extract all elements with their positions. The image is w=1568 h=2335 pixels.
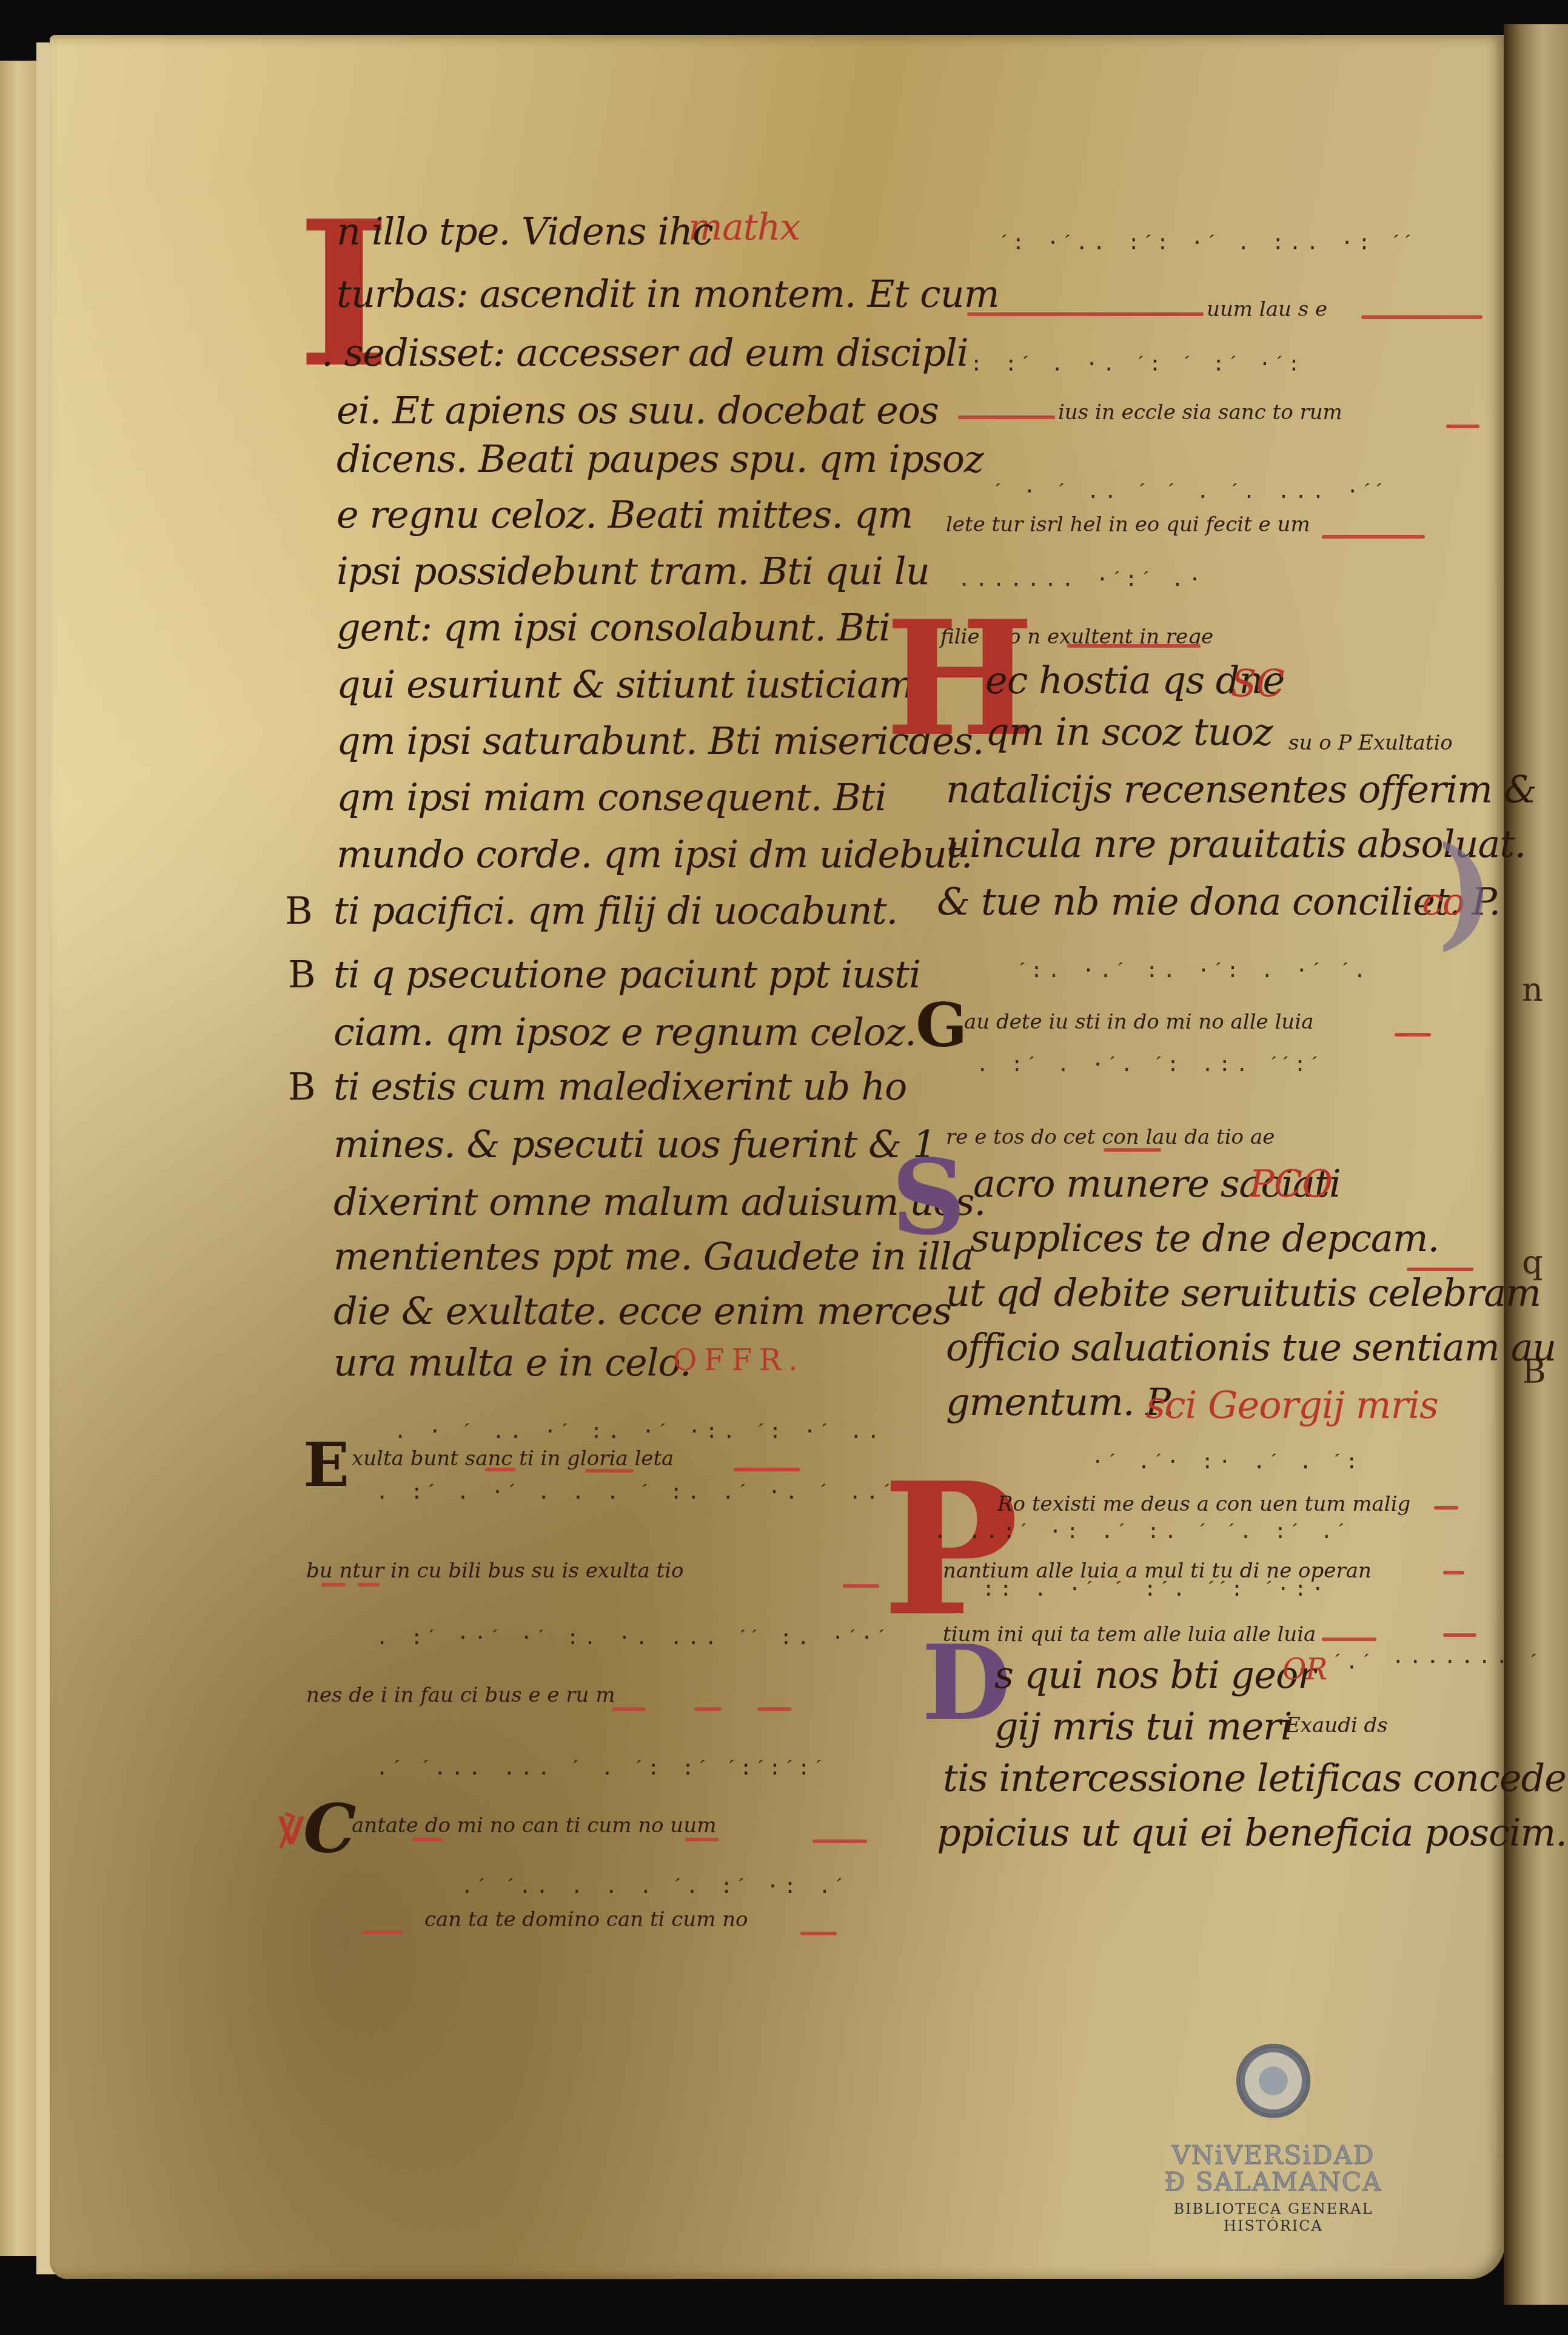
chant-lyric: su o P Exultatio	[1288, 731, 1453, 755]
neumes: ˊ:. ·.ˊ :. ·ˊ: . ·ˊ ˊ.	[1019, 958, 1371, 983]
neumes: ·ˊ .ˊ· :· .ˊ . ˊ:	[1091, 1450, 1362, 1474]
text-line: tis intercessione letificas concede	[943, 1756, 1566, 1800]
neumes: . :ˊ . ·ˊ. ˊ: .:. ˊˊ:ˊ	[976, 1052, 1322, 1077]
neumes: ˊ: ·ˊ.. :ˊ: ·ˊ . :.. ·: ˊˊ	[1000, 230, 1416, 255]
rubric-sc: SC	[1231, 661, 1284, 705]
initial-P: P	[882, 1459, 1019, 1641]
text-line: gmentum. P.	[946, 1380, 1174, 1424]
rubric-pco: PCO	[1249, 1161, 1332, 1206]
red-line	[958, 415, 1055, 419]
chant-lyric: uum lau s e	[1207, 297, 1327, 321]
chant-lyric: lete tur isrl hel in eo qui fecit e um	[946, 512, 1310, 537]
facing-letter: n	[1522, 970, 1543, 1009]
chant-lyric: au dete iu sti in do mi no alle luia	[964, 1010, 1313, 1034]
red-line	[1322, 1638, 1376, 1641]
chant-lyric: re e tos do cet con lau da tio ae	[946, 1125, 1275, 1149]
text-line: gij mris tui meri	[994, 1704, 1292, 1749]
rubric-or: OR	[1282, 1653, 1327, 1687]
neumes: :: . ·ˊ ˊ :ˊ. ˊˊ: ˊ·:·	[982, 1577, 1328, 1601]
library-watermark: VNiVERSiDAD Đ SALAMANCA BIBLIOTECA GENER…	[1125, 2044, 1422, 2234]
watermark-line-3: BIBLIOTECA GENERAL HISTÓRICA	[1125, 2200, 1422, 2234]
university-seal-icon	[1236, 2044, 1310, 2118]
red-line	[1443, 1633, 1476, 1637]
text-line: ppicius ut qui ei beneficia poscim.	[937, 1810, 1567, 1855]
red-line	[1067, 644, 1201, 648]
neumes: ˊ · ˊ .. ˊ ˊ . ˊ. ... ·ˊˊ	[994, 479, 1387, 503]
neumes: : :ˊ . ·. ˊ: ˊ :ˊ ·ˊ:	[970, 352, 1305, 376]
neumes: . ..:ˊ ·: .ˊ :. ˊ ˊ. :ˊ .ˊ	[934, 1519, 1349, 1544]
text-line: & tue nb mie dona conciliet. P.	[937, 879, 1500, 924]
text-line: supplices te dne depcam.	[970, 1216, 1439, 1260]
facing-page-gutter: n q B	[1504, 24, 1568, 2305]
text-line: officio saluationis tue sentiam au	[946, 1325, 1556, 1369]
initial-G: G	[916, 995, 967, 1055]
red-line	[1395, 1033, 1431, 1036]
neumes: ˊ.ˊ ······· ˊ	[1334, 1650, 1542, 1674]
chant-lyric: Exaudi ds	[1285, 1713, 1388, 1738]
red-line	[1322, 535, 1425, 539]
initial-S: S	[891, 1146, 966, 1249]
red-line	[1446, 425, 1479, 428]
text-line: natalicijs recensentes offerim &	[946, 767, 1536, 811]
red-line	[1361, 315, 1483, 319]
text-line: qm in scoz tuoz	[985, 710, 1273, 754]
red-line	[1443, 1571, 1464, 1574]
initial-E-purple: )	[1437, 831, 1495, 952]
red-line	[967, 312, 1204, 316]
text-line: ut qd debite seruitutis celebram	[946, 1271, 1541, 1315]
chant-lyric: ius in eccle sia sanc to rum	[1058, 400, 1342, 425]
red-line	[1434, 1506, 1458, 1510]
watermark-line-2: Đ SALAMANCA	[1125, 2169, 1422, 2196]
chant-lyric: Ro texisti me deus a con uen tum malig	[997, 1492, 1410, 1516]
text-line: s qui nos bti geor	[994, 1653, 1315, 1697]
rubric-feast: sci Georgij mris	[1146, 1383, 1438, 1427]
watermark-line-1: VNiVERSiDAD	[1125, 2142, 1422, 2169]
red-line	[1104, 1148, 1161, 1152]
right-column: ˊ: ·ˊ.. :ˊ: ·ˊ . :.. ·: ˊˊ uum lau s e :…	[0, 0, 1504, 2062]
